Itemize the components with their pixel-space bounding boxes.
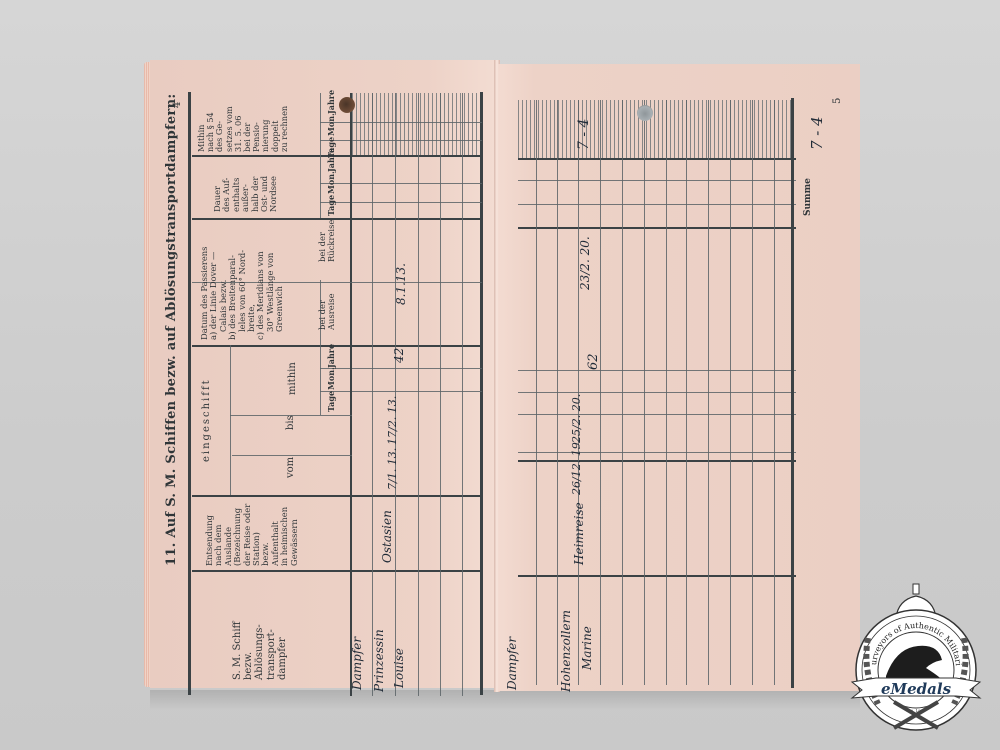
rule-line xyxy=(774,100,775,685)
rule-line xyxy=(518,204,796,205)
rule-line xyxy=(320,345,321,415)
rule-line xyxy=(518,392,796,393)
rule-line xyxy=(518,414,796,415)
rule-line xyxy=(395,93,396,696)
header-embarked: eingeschifft xyxy=(201,378,212,462)
entry-thus-days: 42 xyxy=(392,348,406,363)
unit-label-years: Jahre xyxy=(326,344,336,368)
entry-to: 17/2. 13. xyxy=(386,396,399,445)
rule-line xyxy=(192,345,482,347)
entry2-deployment: Heimreise xyxy=(572,502,586,565)
entry-ship-line1: Dampfer xyxy=(350,637,364,690)
rule-line xyxy=(730,100,731,685)
rule-line xyxy=(518,370,796,371)
punch-hole-left xyxy=(339,97,355,113)
header-return: bei der Rückreise xyxy=(318,220,337,262)
rule-line xyxy=(350,93,352,696)
rule-line xyxy=(418,93,419,696)
rule-line xyxy=(320,368,482,369)
rule-line xyxy=(518,227,796,229)
rule-line xyxy=(320,93,321,218)
header-deployment: Entsendung nach dem Auslande (Bezeichnun… xyxy=(205,504,299,566)
header-crossing-date: Datum des Passierens a) der Linie Dover … xyxy=(200,247,285,340)
rule-line xyxy=(440,93,441,696)
rule-line xyxy=(518,158,796,160)
unit-label-days: Tage xyxy=(326,391,336,412)
rule-line xyxy=(320,202,482,203)
emedals-watermark-logo: eMedals Est. 1987 Purveyors of Authentic… xyxy=(846,578,986,738)
rule-line xyxy=(230,345,231,495)
booklet-shadow xyxy=(150,690,860,710)
rule-line xyxy=(557,100,558,685)
rule-line xyxy=(192,155,482,157)
header-ship: S. M. Schiff bezw. Ablösungs- transport-… xyxy=(232,621,288,680)
rule-line xyxy=(320,183,482,184)
rule-line xyxy=(518,452,796,453)
unit-label-years: Jahre xyxy=(326,90,336,114)
entry2-ship-line1: Dampfer xyxy=(505,637,519,690)
header-pension: Mithin nach § 54 des Ge- setzes vom 31. … xyxy=(197,106,289,152)
header-to: bis xyxy=(285,415,296,430)
rule-line xyxy=(622,100,623,685)
rule-line xyxy=(188,92,191,695)
rule-line xyxy=(791,98,794,688)
entry2-pension: 7 - 4 xyxy=(576,119,592,150)
header-from: vom xyxy=(285,457,296,478)
rule-line xyxy=(752,100,753,685)
unit-label-days: Tage xyxy=(326,195,336,216)
unit-label-months: Mon. xyxy=(326,171,336,194)
rule-line xyxy=(600,100,601,685)
rule-line xyxy=(462,93,463,696)
rule-line xyxy=(518,460,796,462)
rule-line xyxy=(320,140,482,141)
unit-label-years: Jahre xyxy=(326,148,336,172)
rule-line xyxy=(232,455,352,456)
rule-line xyxy=(192,495,482,497)
entry2-ship-line3: Marine xyxy=(580,626,594,670)
header-thus: mithin xyxy=(287,362,298,395)
rule-line xyxy=(708,100,709,685)
rule-line xyxy=(192,218,482,220)
rule-line xyxy=(536,100,537,685)
rule-line xyxy=(192,570,482,572)
rule-line xyxy=(518,575,796,577)
punch-hole-right xyxy=(637,105,653,121)
unit-label-months: Mon. xyxy=(326,113,336,136)
entry2-from: 26/12. 19. xyxy=(570,439,583,495)
sum-label: Summe xyxy=(803,178,813,216)
rule-line xyxy=(666,100,667,685)
rule-line xyxy=(320,391,482,392)
entry2-ship-line2: Hohenzollern xyxy=(559,610,573,692)
rule-line xyxy=(320,122,482,123)
sum-value: 7 - 4 xyxy=(808,116,826,150)
rule-line xyxy=(686,100,687,685)
entry2-to: 25/2. 20. xyxy=(570,394,583,443)
rule-line xyxy=(372,93,373,696)
entry2-return: 23/2. 20. xyxy=(578,236,592,290)
entry-deployment: Ostasien xyxy=(380,510,394,563)
rule-line xyxy=(644,100,645,685)
entry-ship-line2: Prinzessin xyxy=(372,629,386,692)
entry-outbound: 8.1.13. xyxy=(394,263,408,305)
section-title: 11. Auf S. M. Schiffen bezw. auf Ablösun… xyxy=(164,94,179,566)
right-page-number: 5 xyxy=(832,98,843,104)
entry-ship-line3: Louise xyxy=(392,648,406,688)
entry2-thus-days: 62 xyxy=(586,353,601,370)
entry-from: 7/1. 13. xyxy=(386,448,399,490)
unit-label-months: Mon. xyxy=(326,367,336,390)
header-duration: Dauer des Auf- enthalts außer- halb der … xyxy=(213,176,279,212)
watermark-brand: eMedals xyxy=(881,680,952,698)
header-outbound: bei der Ausreise xyxy=(318,293,337,330)
rule-line xyxy=(518,180,796,181)
rule-line xyxy=(578,100,579,685)
